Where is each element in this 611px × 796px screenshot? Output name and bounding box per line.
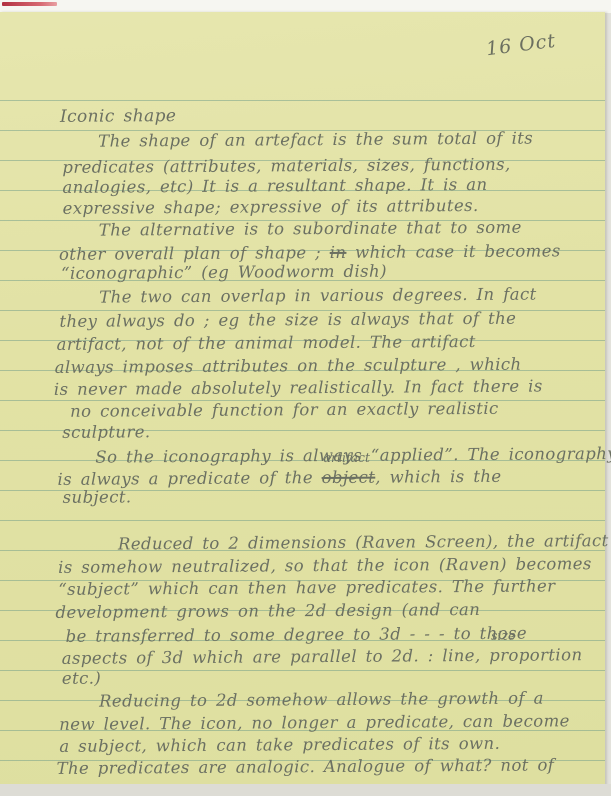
handwritten-line: subject. — [63, 485, 132, 509]
handwritten-line: “subject” which can then have predicates… — [58, 574, 555, 601]
handwritten-line: sculpture. — [62, 420, 151, 445]
scanned-note-page: 16 Oct Iconic shape The shape of an arte… — [0, 0, 611, 796]
handwritten-line: The two can overlap in various degrees. … — [99, 283, 537, 310]
line-text: proportion — [489, 645, 582, 665]
handwritten-line: etc.) — [62, 667, 101, 691]
strikethrough-word: object — [322, 468, 376, 487]
handwritten-line: “iconographic” (eg Woodworm dish) — [61, 260, 387, 286]
handwritten-line: The shape of an artefact is the sum tota… — [98, 127, 533, 154]
handwritten-line: development grows on the 2d design (and … — [55, 598, 480, 625]
correction: sizeproportion — [489, 643, 582, 668]
handwritten-line: The predicates are analogic. Analogue of… — [56, 753, 554, 780]
inserted-word: artifact — [323, 452, 370, 464]
handwritten-text: Iconic shape The shape of an artefact is… — [0, 0, 611, 796]
line-text: , which is the — [375, 467, 501, 487]
note-heading: Iconic shape — [60, 104, 177, 129]
handwritten-line: The alternative is to subordinate that t… — [99, 216, 522, 243]
line-text: aspects of 3d which are parallel to 2d. … — [62, 646, 490, 668]
correction: artifactobject — [322, 466, 376, 490]
inserted-word: size — [491, 630, 515, 642]
handwritten-line: aspects of 3d which are parallel to 2d. … — [62, 643, 583, 671]
